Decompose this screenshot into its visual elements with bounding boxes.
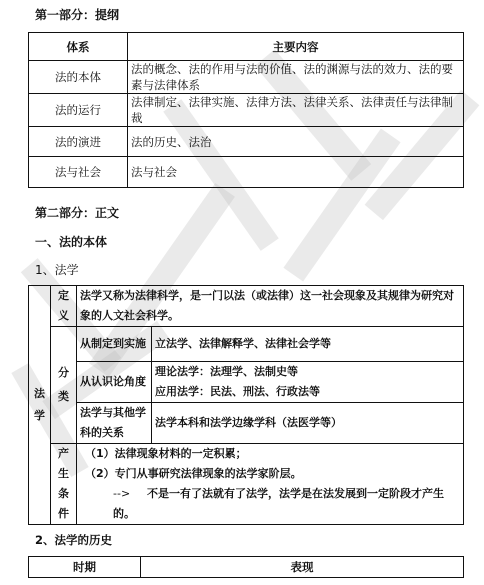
condition-note: 不是一有了法就有了法学，法学是在法发展到一定阶段才产生的。	[113, 487, 444, 520]
section1-title: 一、法的本体	[35, 233, 107, 250]
row-label-faxue: 法学	[29, 286, 51, 525]
classification-label: 分类	[51, 327, 77, 444]
outline-row: 法的运行 法律制定、法律实施、法律方法、法律关系、法律责任与法律制裁	[29, 94, 464, 127]
classification-row: 法学与其他学科的关系 法学本科和法学边缘学科（法医学等）	[29, 403, 464, 444]
history-header-row: 时期 表现	[29, 557, 464, 578]
sub1-title: 1、法学	[35, 261, 79, 278]
row-content: 法的历史、法治	[128, 127, 464, 157]
classification-row: 分类 从制定到实施 立法学、法律解释学、法律社会学等	[29, 327, 464, 362]
row-content: 法律制定、法律实施、法律方法、法律关系、法律责任与法律制裁	[128, 94, 464, 127]
condition-item: （1）法律现象材料的一定积累；	[85, 444, 460, 464]
history-table: 时期 表现	[28, 556, 464, 578]
classification-label-text: 分类	[58, 361, 70, 409]
classification-content: 法学本科和法学边缘学科（法医学等）	[152, 403, 464, 444]
row-content: 法与社会	[128, 157, 464, 188]
outline-table: 体系 主要内容 法的本体 法的概念、法的作用与法的价值、法的渊源与法的效力、法的…	[28, 32, 464, 188]
condition-note-line: -->不是一有了法就有了法学，法学是在法发展到一定阶段才产生的。	[85, 484, 460, 524]
content-line: 理论法学：法理学、法制史等	[155, 362, 460, 382]
classification-content: 理论法学：法理学、法制史等 应用法学：民法、刑法、行政法等	[152, 362, 464, 403]
condition-item: （2）专门从事研究法律现象的法学家阶层。	[85, 464, 460, 484]
classification-angle: 法学与其他学科的关系	[77, 403, 152, 444]
classification-angle: 从认识论角度	[77, 362, 152, 403]
outline-row: 法的本体 法的概念、法的作用与法的价值、法的渊源与法的效力、法的要素与法律体系	[29, 61, 464, 94]
outline-row: 法的演进 法的历史、法治	[29, 127, 464, 157]
row-system: 法的运行	[29, 94, 128, 127]
conditions-row: 产生条件 （1）法律现象材料的一定积累； （2）专门从事研究法律现象的法学家阶层…	[29, 444, 464, 525]
conditions-label-text: 产生条件	[58, 444, 70, 524]
definition-row: 法学 定义 法学又称为法律科学，是一门以法（或法律）这一社会现象及其规律为研究对…	[29, 286, 464, 327]
classification-content: 立法学、法律解释学、法律社会学等	[152, 327, 464, 362]
definition-text: 法学又称为法律科学，是一门以法（或法律）这一社会现象及其规律为研究对象的人文社会…	[77, 286, 464, 327]
outline-row: 法与社会 法与社会	[29, 157, 464, 188]
outline-header-row: 体系 主要内容	[29, 33, 464, 61]
arrow-icon: -->	[113, 484, 147, 504]
header-system: 体系	[29, 33, 128, 61]
header-period: 时期	[29, 557, 141, 578]
conditions-label: 产生条件	[51, 444, 77, 525]
header-manifestation: 表现	[141, 557, 464, 578]
sub2-title: 2、法学的历史	[35, 532, 112, 548]
row-label-text: 法学	[34, 383, 46, 427]
row-system: 法与社会	[29, 157, 128, 188]
conditions-content: （1）法律现象材料的一定积累； （2）专门从事研究法律现象的法学家阶层。 -->…	[77, 444, 464, 525]
part1-title: 第一部分：提纲	[35, 6, 119, 23]
classification-row: 从认识论角度 理论法学：法理学、法制史等 应用法学：民法、刑法、行政法等	[29, 362, 464, 403]
definition-label-text: 定义	[58, 286, 70, 326]
header-content: 主要内容	[128, 33, 464, 61]
jurisprudence-table: 法学 定义 法学又称为法律科学，是一门以法（或法律）这一社会现象及其规律为研究对…	[28, 285, 464, 525]
row-system: 法的本体	[29, 61, 128, 94]
content-line: 应用法学：民法、刑法、行政法等	[155, 382, 460, 402]
classification-angle: 从制定到实施	[77, 327, 152, 362]
definition-label: 定义	[51, 286, 77, 327]
part2-title: 第二部分：正文	[35, 204, 119, 221]
row-content: 法的概念、法的作用与法的价值、法的渊源与法的效力、法的要素与法律体系	[128, 61, 464, 94]
row-system: 法的演进	[29, 127, 128, 157]
